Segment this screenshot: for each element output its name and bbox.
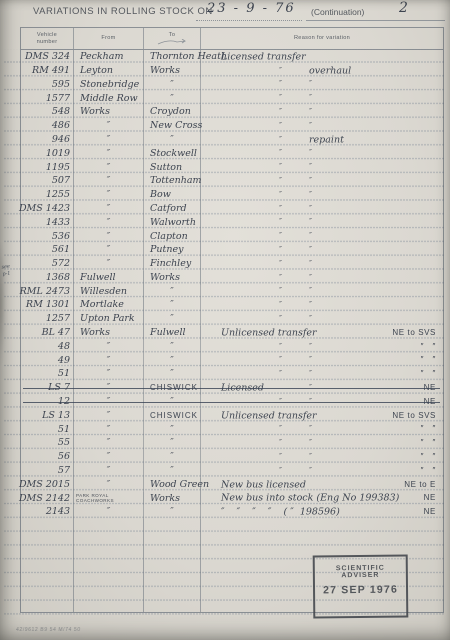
from-cell: ″ xyxy=(74,160,144,174)
reason-ditto-2: ″ xyxy=(309,287,312,295)
reason-text: Licensed xyxy=(221,383,264,393)
reason-ditto-1: ″ xyxy=(279,80,282,88)
reason-ditto-2: ″ xyxy=(309,149,312,157)
document-title: VARIATIONS IN ROLLING STOCK ON xyxy=(33,6,213,17)
to-cell: Putney xyxy=(144,243,201,257)
header-from: From xyxy=(74,28,144,49)
reason-ditto-2: ″ xyxy=(309,205,312,213)
table-row: 595 Stonebridge ″ ″ ″ xyxy=(21,78,443,92)
from-cell: Middle Row xyxy=(74,91,144,105)
reason-ditto-1: ″ xyxy=(279,122,282,130)
to-cell: ″ xyxy=(144,450,201,464)
from-cell: ″ xyxy=(74,188,144,202)
reason-note: NE to E xyxy=(404,481,436,489)
reason-ditto-1: ″ xyxy=(279,163,282,171)
reason-cell: ″ ″ xyxy=(201,257,443,271)
vehicle-number-cell: LS 13 xyxy=(21,409,74,423)
reason-note: NE xyxy=(424,398,436,406)
reason-cell: ″ ″ ″ ″ xyxy=(201,354,443,368)
from-cell: ″ xyxy=(74,409,144,423)
reason-note: NE xyxy=(424,384,436,392)
from-cell: ″ xyxy=(74,505,144,519)
vehicle-number-cell: 595 xyxy=(21,78,74,92)
to-cell: ″ xyxy=(144,312,201,326)
to-cell: Catford xyxy=(144,202,201,216)
table-row: 1019 ″ Stockwell ″ ″ xyxy=(21,147,443,161)
vehicle-number-cell: 51 xyxy=(21,367,74,381)
vehicle-number-cell: DMS 324 xyxy=(21,50,74,64)
to-cell: ″ xyxy=(144,395,201,409)
vehicle-number-cell: 48 xyxy=(21,340,74,354)
to-cell: ″ xyxy=(144,285,201,299)
reason-ditto-2: ″ xyxy=(309,232,312,240)
reason-ditto-2: ″ xyxy=(309,370,312,378)
vehicle-number-cell: 1195 xyxy=(21,160,74,174)
reason-cell: ″ ″ xyxy=(201,271,443,285)
vehicle-number-cell: 2143 xyxy=(21,505,74,519)
table-row: RM 491 Leyton Works ″ overhaul xyxy=(21,64,443,78)
reason-ditto-1: ″ xyxy=(279,453,282,461)
stamp-line2: ADVISER xyxy=(315,572,406,580)
reason-ditto-1: ″ xyxy=(279,246,282,254)
to-cell: ″ xyxy=(144,436,201,450)
reason-note: NE xyxy=(424,508,436,516)
from-cell: Peckham xyxy=(74,50,144,64)
reason-ditto-1: ″ xyxy=(279,232,282,240)
reason-note: NE xyxy=(424,494,436,502)
reason-ditto-1: ″ xyxy=(279,218,282,226)
reason-text: New bus into stock (Eng No 199383) xyxy=(221,494,399,504)
reason-cell: ″ ″ xyxy=(201,216,443,230)
header-reason-label: Reason for variation xyxy=(294,35,350,41)
to-cell: Tottenham xyxy=(144,174,201,188)
reason-ditto-2: ″ xyxy=(309,177,312,185)
reason-ditto-1: ″ xyxy=(279,149,282,157)
reason-cell: ″ ″ ″ ″ xyxy=(201,450,443,464)
reason-ditto-2: ″ xyxy=(309,343,312,351)
from-cell: ″ xyxy=(74,243,144,257)
table-row: 1433 ″ Walworth ″ ″ xyxy=(21,216,443,230)
table-row: 572 ″ Finchley ″ ″ xyxy=(21,257,443,271)
from-cell: Stonebridge xyxy=(74,78,144,92)
empty-from-column xyxy=(74,519,144,612)
date-received-stamp: SCIENTIFIC ADVISER 27 SEP 1976 xyxy=(313,555,409,619)
table-row: 55 ″ ″ ″ ″ ″ ″ xyxy=(21,436,443,450)
table-row: 2143 ″ ″ ″ ″ ″ ″ ( ″ 198596) NE xyxy=(21,505,443,519)
table-row: LS 7 ″ CHISWICK Licensed ″ NE xyxy=(21,381,443,395)
vehicle-number-cell: 1577 xyxy=(21,91,74,105)
to-cell: Finchley xyxy=(144,257,201,271)
reason-cell: New bus licensed NE to E xyxy=(201,478,443,492)
vehicle-number-cell: 49 xyxy=(21,354,74,368)
reason-cell: ″ ″ ″ ″ xyxy=(201,367,443,381)
from-cell: ″ xyxy=(74,450,144,464)
table-row: 946 ″ ″ ″ repaint xyxy=(21,133,443,147)
reason-note: ″ ″ xyxy=(421,453,436,461)
reason-text: Unlicensed transfer xyxy=(221,411,317,421)
reason-cell: ″ ″ xyxy=(201,298,443,312)
from-cell: ″ xyxy=(74,133,144,147)
to-cell: ″ xyxy=(144,78,201,92)
to-cell: Wood Green xyxy=(144,478,201,492)
reason-ditto-2: ″ xyxy=(309,398,312,406)
table-row: DMS 324 Peckham Thornton Heath Licensed … xyxy=(21,50,443,64)
reason-ditto-1: ″ xyxy=(279,467,282,475)
table-header-row: Vehicle number From To Reason for variat… xyxy=(21,28,443,50)
reason-note: ″ ″ xyxy=(421,439,436,447)
from-cell: Leyton xyxy=(74,64,144,78)
from-cell: Works xyxy=(74,326,144,340)
reason-ditto-1: ″ xyxy=(279,205,282,213)
reason-ditto-1: ″ xyxy=(279,287,282,295)
vehicle-number-cell: 572 xyxy=(21,257,74,271)
vehicle-number-cell: RML 2473 xyxy=(21,285,74,299)
reason-ditto-2: ″ xyxy=(309,467,312,475)
from-cell: Mortlake xyxy=(74,298,144,312)
table-row: 12 ″ ″ ″ ″ NE xyxy=(21,395,443,409)
reason-ditto-1: ″ xyxy=(279,425,282,433)
reason-ditto-2: ″ xyxy=(309,453,312,461)
reason-ditto-1: ″ xyxy=(279,274,282,282)
reason-ditto-2: ″ xyxy=(309,246,312,254)
table-row: DMS 2015 ″ Wood Green New bus licensed N… xyxy=(21,478,443,492)
from-cell: ″ xyxy=(74,478,144,492)
reason-note: ″ ″ xyxy=(421,467,436,475)
header-vehicle-line2: number xyxy=(37,39,58,45)
scanned-document-page: VARIATIONS IN ROLLING STOCK ON 23 - 9 - … xyxy=(0,0,450,640)
vehicle-number-cell: 561 xyxy=(21,243,74,257)
vehicle-number-cell: 1257 xyxy=(21,312,74,326)
stamp-date: 27 SEP 1976 xyxy=(315,584,406,597)
to-cell: Walworth xyxy=(144,216,201,230)
reason-cell: ″ ″ ″ ″ ( ″ 198596) NE xyxy=(201,505,443,519)
reason-ditto-2: ″ xyxy=(309,260,312,268)
reason-ditto-1: ″ xyxy=(279,260,282,268)
header-from-label: From xyxy=(101,35,115,41)
to-cell: CHISWICK xyxy=(144,409,201,423)
vehicle-number-cell: 507 xyxy=(21,174,74,188)
table-row: 1255 ″ Bow ″ ″ xyxy=(21,188,443,202)
vehicle-number-cell: 12 xyxy=(21,395,74,409)
table-row: 561 ″ Putney ″ ″ xyxy=(21,243,443,257)
to-cell: ″ xyxy=(144,354,201,368)
table-row: 548 Works Croydon ″ ″ xyxy=(21,105,443,119)
table-row: 48 ″ ″ ″ ″ ″ ″ xyxy=(21,340,443,354)
reason-ditto-2: ″ xyxy=(309,163,312,171)
table-row: 1257 Upton Park ″ ″ ″ xyxy=(21,312,443,326)
reason-ditto-2: ″ xyxy=(309,191,312,199)
flourish-arrow-icon xyxy=(157,39,187,45)
continuation-label: (Continuation) xyxy=(311,7,364,17)
vehicle-number-cell: RM 1301 xyxy=(21,298,74,312)
reason-ditto-1: ″ xyxy=(279,356,282,364)
reason-ditto-1: ″ xyxy=(279,177,282,185)
to-cell: ″ xyxy=(144,91,201,105)
table-row: 1577 Middle Row ″ ″ ″ xyxy=(21,91,443,105)
vehicle-number-cell: BL 47 xyxy=(21,326,74,340)
vehicle-number-cell: 55 xyxy=(21,436,74,450)
reason-cell: Unlicensed transfer NE to SVS xyxy=(201,326,443,340)
to-cell: ″ xyxy=(144,464,201,478)
table-row: DMS 2142 PARK ROYAL COACHWORKS Works New… xyxy=(21,492,443,506)
reason-cell: ″ ″ xyxy=(201,160,443,174)
continuation-underline xyxy=(306,20,445,21)
vehicle-number-cell: 536 xyxy=(21,229,74,243)
reason-cell: New bus into stock (Eng No 199383) NE xyxy=(201,492,443,506)
reason-cell: ″ ″ xyxy=(201,174,443,188)
reason-cell: ″ ″ ″ ″ xyxy=(201,436,443,450)
reason-ditto-1: ″ xyxy=(279,398,282,406)
to-cell: Sutton xyxy=(144,160,201,174)
table-rows: DMS 324 Peckham Thornton Heath Licensed … xyxy=(21,50,443,519)
from-cell: Upton Park xyxy=(74,312,144,326)
header-vehicle-number: Vehicle number xyxy=(21,28,74,49)
from-cell: PARK ROYAL COACHWORKS xyxy=(74,492,144,506)
page-number: 2 xyxy=(399,0,408,16)
reason-ditto-2: ″ xyxy=(309,108,312,116)
reason-ditto-1: ″ xyxy=(279,67,282,75)
reason-cell: ″ ″ xyxy=(201,105,443,119)
empty-vehicle-column xyxy=(21,519,74,612)
table-row: RM 1301 Mortlake ″ ″ ″ xyxy=(21,298,443,312)
table-row: 536 ″ Clapton ″ ″ xyxy=(21,229,443,243)
reason-cell: ″ ″ xyxy=(201,229,443,243)
to-cell: ″ xyxy=(144,367,201,381)
vehicle-number-cell: 1255 xyxy=(21,188,74,202)
reason-cell: ″ ″ xyxy=(201,285,443,299)
vehicle-number-cell: 57 xyxy=(21,464,74,478)
to-cell: CHISWICK xyxy=(144,381,201,395)
reason-ditto-2: ″ xyxy=(309,315,312,323)
vehicle-number-cell: 1368 xyxy=(21,271,74,285)
reason-cell: ″ ″ xyxy=(201,147,443,161)
vehicle-number-cell: 946 xyxy=(21,133,74,147)
reason-ditto-1: ″ xyxy=(279,94,282,102)
reason-ditto-1: ″ xyxy=(279,136,282,144)
scan-edge-smudge xyxy=(0,238,6,368)
from-cell: ″ xyxy=(74,147,144,161)
table-row: 51 ″ ″ ″ ″ ″ ″ xyxy=(21,367,443,381)
from-cell: ″ xyxy=(74,340,144,354)
header-to-label: To xyxy=(169,32,176,38)
handwritten-date: 23 - 9 - 76 xyxy=(207,1,296,16)
reason-ditto-2: ″ xyxy=(309,122,312,130)
table-row: LS 13 ″ CHISWICK Unlicensed transfer NE … xyxy=(21,409,443,423)
from-cell: ″ xyxy=(74,229,144,243)
table-row: 507 ″ Tottenham ″ ″ xyxy=(21,174,443,188)
table-row: 49 ″ ″ ″ ″ ″ ″ xyxy=(21,354,443,368)
to-cell: ″ xyxy=(144,423,201,437)
from-cell: ″ xyxy=(74,174,144,188)
from-cell: ″ xyxy=(74,395,144,409)
to-cell: Stockwell xyxy=(144,147,201,161)
reason-ditto-2: ″ xyxy=(309,94,312,102)
reason-ditto-1: ″ xyxy=(279,315,282,323)
reason-cell: ″ ″ xyxy=(201,243,443,257)
vehicle-number-cell: LS 7 xyxy=(21,381,74,395)
reason-cell: ″ ″ ″ ″ xyxy=(201,423,443,437)
reason-ditto-2: ″ xyxy=(309,218,312,226)
to-cell: ″ xyxy=(144,340,201,354)
vehicle-number-cell: DMS 2015 xyxy=(21,478,74,492)
to-cell: Bow xyxy=(144,188,201,202)
to-cell: ″ xyxy=(144,505,201,519)
vehicle-number-cell: DMS 1423 xyxy=(21,202,74,216)
reason-cell: ″ ″ xyxy=(201,202,443,216)
vehicle-number-cell: 56 xyxy=(21,450,74,464)
from-cell: ″ xyxy=(74,216,144,230)
from-cell: ″ xyxy=(74,464,144,478)
from-cell: ″ xyxy=(74,436,144,450)
to-cell: Fulwell xyxy=(144,326,201,340)
vehicle-number-cell: 51 xyxy=(21,423,74,437)
from-cell: Fulwell xyxy=(74,271,144,285)
reason-cell: Unlicensed transfer NE to SVS xyxy=(201,409,443,423)
from-cell: ″ xyxy=(74,423,144,437)
margin-note: see p-1 xyxy=(1,263,11,277)
table-row: DMS 1423 ″ Catford ″ ″ xyxy=(21,202,443,216)
to-cell: Works xyxy=(144,492,201,506)
vehicle-number-cell: 1433 xyxy=(21,216,74,230)
reason-cell: ″ ″ xyxy=(201,312,443,326)
variations-table: Vehicle number From To Reason for variat… xyxy=(20,27,444,613)
header-reason: Reason for variation xyxy=(201,28,443,49)
from-cell: Works xyxy=(74,105,144,119)
table-row: 1368 Fulwell Works ″ ″ xyxy=(21,271,443,285)
reason-cell: ″ ″ xyxy=(201,91,443,105)
reason-cell: Licensed ″ NE xyxy=(201,381,443,395)
reason-ditto-2: repaint xyxy=(309,135,344,145)
reason-cell: ″ ″ xyxy=(201,188,443,202)
from-cell: ″ xyxy=(74,381,144,395)
printer-imprint: 42/9612 B9 54 M/74 50 xyxy=(16,627,81,633)
reason-note: ″ ″ xyxy=(421,343,436,351)
vehicle-number-cell: 1019 xyxy=(21,147,74,161)
empty-to-column xyxy=(144,519,201,612)
table-row: RML 2473 Willesden ″ ″ ″ xyxy=(21,285,443,299)
to-cell: Works xyxy=(144,64,201,78)
reason-ditto-2: ″ xyxy=(309,356,312,364)
reason-text: Licensed transfer xyxy=(221,52,306,62)
reason-ditto-2: ″ xyxy=(309,274,312,282)
reason-note: ″ ″ xyxy=(421,370,436,378)
reason-ditto-2: ″ xyxy=(309,439,312,447)
to-cell: Thornton Heath xyxy=(144,50,201,64)
to-cell: New Cross xyxy=(144,119,201,133)
table-row: 56 ″ ″ ″ ″ ″ ″ xyxy=(21,450,443,464)
to-cell: Croydon xyxy=(144,105,201,119)
from-cell: ″ xyxy=(74,202,144,216)
table-row: 51 ″ ″ ″ ″ ″ ″ xyxy=(21,423,443,437)
reason-cell: ″ ″ NE xyxy=(201,395,443,409)
from-cell: Willesden xyxy=(74,285,144,299)
vehicle-number-cell: 486 xyxy=(21,119,74,133)
vehicle-number-cell: DMS 2142 xyxy=(21,492,74,506)
reason-ditto-1: ″ xyxy=(279,108,282,116)
reason-cell: ″ ″ ″ ″ xyxy=(201,464,443,478)
reason-cell: ″ ″ ″ ″ xyxy=(201,340,443,354)
reason-text: ″ ″ ″ ″ ( ″ 198596) xyxy=(221,507,340,517)
reason-note: NE to SVS xyxy=(392,329,436,337)
vehicle-number-cell: 548 xyxy=(21,105,74,119)
reason-ditto-1: ″ xyxy=(279,343,282,351)
reason-cell: ″ overhaul xyxy=(201,64,443,78)
reason-ditto-1: ″ xyxy=(279,301,282,309)
reason-cell: Licensed transfer xyxy=(201,50,443,64)
vehicle-number-cell: RM 491 xyxy=(21,64,74,78)
reason-cell: ″ repaint xyxy=(201,133,443,147)
to-cell: Works xyxy=(144,271,201,285)
table-row: BL 47 Works Fulwell Unlicensed transfer … xyxy=(21,326,443,340)
reason-cell: ″ ″ xyxy=(201,78,443,92)
reason-note: NE to SVS xyxy=(392,412,436,420)
reason-text: Unlicensed transfer xyxy=(221,328,317,338)
header-to: To xyxy=(144,28,201,49)
from-cell: ″ xyxy=(74,354,144,368)
table-row: 1195 ″ Sutton ″ ″ xyxy=(21,160,443,174)
from-cell: ″ xyxy=(74,119,144,133)
date-underline xyxy=(196,20,302,21)
table-row: 486 ″ New Cross ″ ″ xyxy=(21,119,443,133)
reason-text: New bus licensed xyxy=(221,480,306,490)
reason-ditto-2: ″ xyxy=(309,301,312,309)
from-cell: ″ xyxy=(74,257,144,271)
reason-ditto-2: ″ xyxy=(309,384,312,392)
reason-ditto-2: ″ xyxy=(309,80,312,88)
reason-ditto-1: ″ xyxy=(279,439,282,447)
reason-ditto-1: ″ xyxy=(279,191,282,199)
table-row: 57 ″ ″ ″ ″ ″ ″ xyxy=(21,464,443,478)
reason-ditto-1: ″ xyxy=(279,370,282,378)
reason-note: ″ ″ xyxy=(421,356,436,364)
reason-ditto-2: overhaul xyxy=(309,66,351,76)
to-cell: ″ xyxy=(144,298,201,312)
to-cell: Clapton xyxy=(144,229,201,243)
from-cell: ″ xyxy=(74,367,144,381)
reason-ditto-2: ″ xyxy=(309,425,312,433)
to-cell: ″ xyxy=(144,133,201,147)
reason-note: ″ ″ xyxy=(421,425,436,433)
reason-cell: ″ ″ xyxy=(201,119,443,133)
